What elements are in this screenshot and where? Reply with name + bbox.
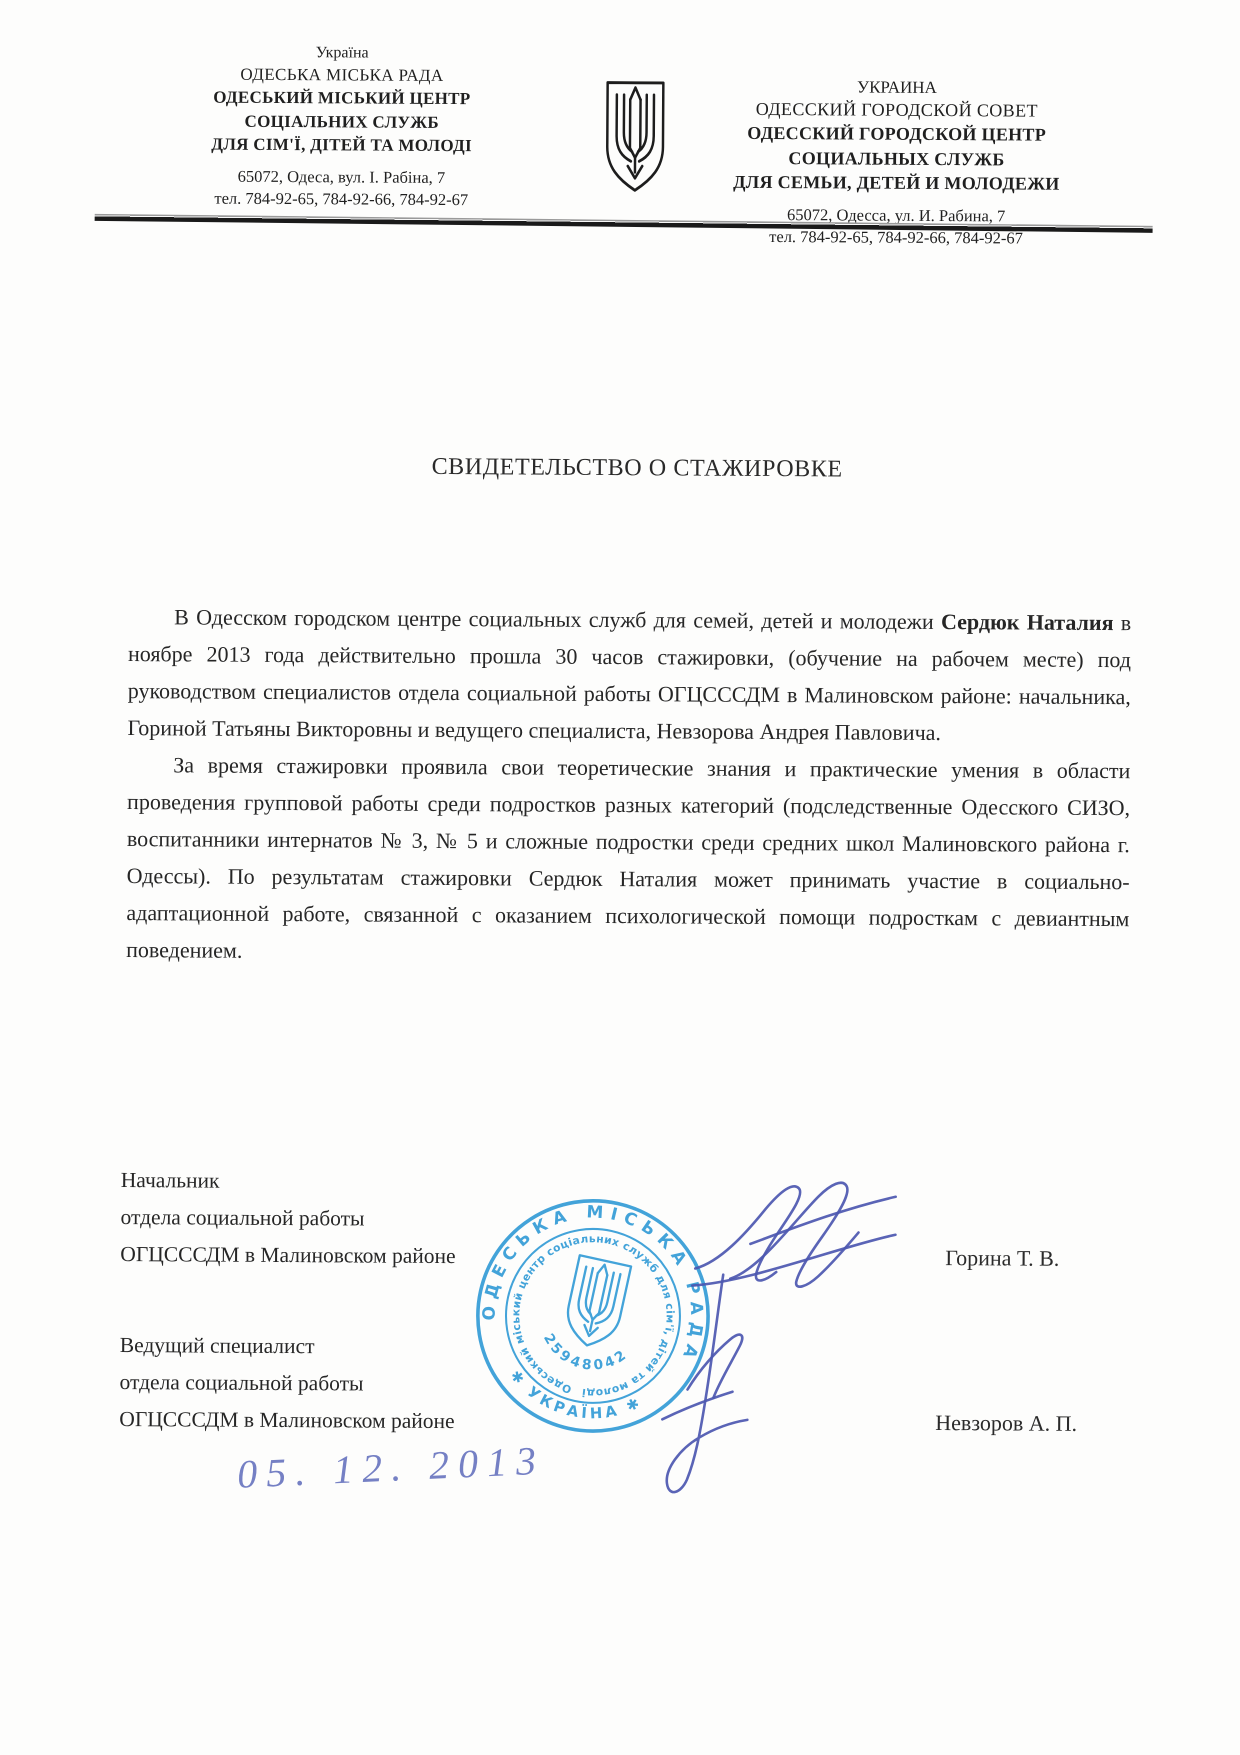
org-name-uk-line1: ОДЕСЬКИЙ МІСЬКИЙ ЦЕНТР (149, 85, 534, 111)
signatory-2-role-line3: ОГЦСССДМ в Малиновском районе (119, 1401, 455, 1440)
signatory-1-role-line2: отдела социальной работы (120, 1199, 456, 1238)
body-paragraph-1: В Одесском городском центре социальных с… (127, 598, 1131, 752)
country-name-ru: УКРАИНА (694, 76, 1099, 99)
signatory-2-role-line2: отдела социальной работы (119, 1364, 455, 1403)
stamp-trident-icon (561, 1255, 631, 1351)
city-council-uk: ОДЕСЬКА МІСЬКА РАДА (149, 62, 534, 87)
trident-coat-of-arms-icon (602, 79, 669, 195)
scanned-certificate-page: Україна ОДЕСЬКА МІСЬКА РАДА ОДЕСЬКИЙ МІС… (0, 0, 1240, 1755)
org-name-ru-line3: ДЛЯ СЕМЬИ, ДЕТЕЙ И МОЛОДЕЖИ (694, 170, 1099, 197)
letterhead-left: Україна ОДЕСЬКА МІСЬКА РАДА ОДЕСЬКИЙ МІС… (149, 42, 535, 211)
signatory-1-role: Начальник отдела социальной работы ОГЦСС… (120, 1162, 456, 1275)
city-council-ru: ОДЕССКИЙ ГОРОДСКОЙ СОВЕТ (694, 97, 1099, 123)
nevzorov-signature-stroke (627, 1269, 793, 1510)
signatory-2-role: Ведущий специалист отдела социальной раб… (119, 1327, 455, 1440)
document-body: В Одесском городском центре социальных с… (126, 598, 1131, 974)
address-uk: 65072, Одеса, вул. І. Рабіна, 7 (149, 165, 534, 189)
document-title: СВИДЕТЕЛЬСТВО О СТАЖИРОВКЕ (127, 452, 1147, 485)
signatory-2-name: Невзоров А. П. (935, 1410, 1077, 1437)
signatory-1-name: Горина Т. В. (945, 1245, 1059, 1272)
phone-uk: тел. 784-92-65, 784-92-66, 784-92-67 (149, 187, 534, 211)
signatory-1-role-line3: ОГЦСССДМ в Малиновском районе (120, 1236, 456, 1275)
p1-text-before: В Одесском городском центре социальных с… (174, 604, 941, 634)
body-paragraph-2: За время стажировки проявила свои теорет… (126, 746, 1130, 974)
org-name-uk-line3: ДЛЯ СІМ'Ї, ДІТЕЙ ТА МОЛОДІ (149, 132, 534, 158)
org-name-uk-line2: СОЦІАЛЬНИХ СЛУЖБ (149, 109, 534, 135)
signatory-2-role-line1: Ведущий специалист (120, 1327, 456, 1366)
handwritten-date: 05. 12. 2013 (236, 1437, 546, 1498)
letter-content: Україна ОДЕСЬКА МІСЬКА РАДА ОДЕСЬКИЙ МІС… (0, 0, 1240, 1755)
country-name-uk: Україна (150, 42, 535, 64)
org-name-ru-line1: ОДЕССКИЙ ГОРОДСКОЙ ЦЕНТР (694, 121, 1099, 148)
org-name-ru-line2: СОЦИАЛЬНЫХ СЛУЖБ (694, 145, 1099, 172)
p1-intern-name: Сердюк Наталия (941, 609, 1114, 635)
signatory-1-role-line1: Начальник (121, 1162, 457, 1201)
